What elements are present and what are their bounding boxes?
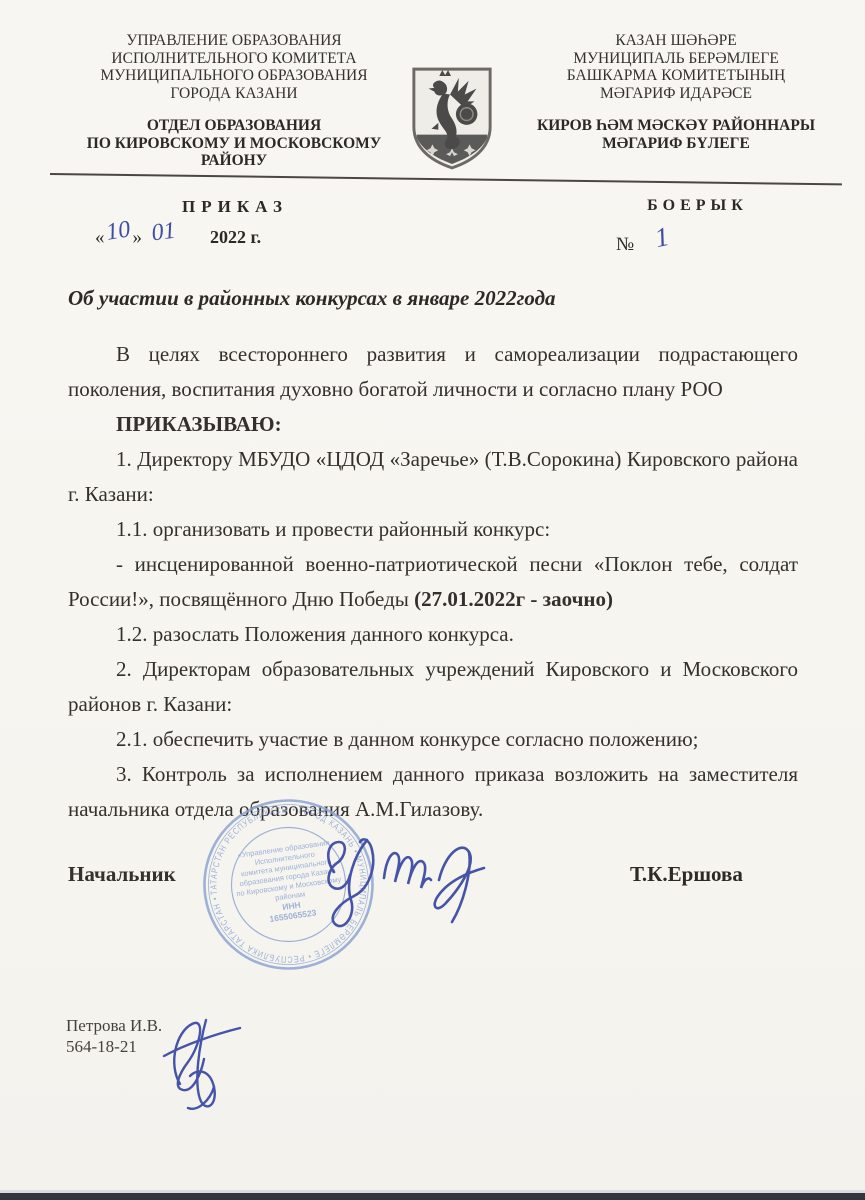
org-line: УПРАВЛЕНИЕ ОБРАЗОВАНИЯ: [58, 32, 410, 50]
order-date: « 10 » 01 2022 г.: [95, 224, 261, 249]
order-year: 2022 г.: [210, 227, 261, 248]
quote-close: »: [133, 227, 143, 249]
order-title-russian: ПРИКАЗ: [110, 197, 360, 217]
body-paragraph: В целях всестороннего развития и самореа…: [68, 337, 798, 407]
body-paragraph: 1.1. организовать и провести районный ко…: [68, 512, 798, 547]
scanned-order-document: УПРАВЛЕНИЕ ОБРАЗОВАНИЯ ИСПОЛНИТЕЛЬНОГО К…: [0, 0, 865, 1200]
org-line: БАШКАРМА КОМИТЕТЫНЫҢ: [500, 67, 852, 85]
kazan-coat-of-arms-icon: [408, 64, 496, 172]
quote-open: «: [95, 227, 105, 249]
org-line: ГОРОДА КАЗАНИ: [58, 85, 410, 103]
org-line: МУНИЦИПАЛЬНОГО ОБРАЗОВАНИЯ: [58, 67, 410, 85]
body-paragraph: 2.1. обеспечить участие в данном конкурс…: [68, 722, 798, 757]
signer-title: Начальник: [68, 862, 176, 887]
org-line: МУНИЦИПАЛЬ БЕРӘМЛЕГЕ: [500, 50, 852, 68]
order-number: № 1: [616, 228, 670, 256]
signer-name: Т.К.Ершова: [630, 862, 743, 887]
handwritten-day: 10: [104, 217, 131, 244]
number-sign: №: [616, 234, 634, 256]
org-line: КАЗАН ШӘҺӘРЕ: [500, 32, 852, 50]
body-paragraph: - инсценированной военно-патриотической …: [68, 547, 798, 617]
header-org-russian: УПРАВЛЕНИЕ ОБРАЗОВАНИЯ ИСПОЛНИТЕЛЬНОГО К…: [58, 32, 410, 170]
dept-name-tatar: КИРОВ ҺӘМ МӘСКӘҮ РАЙОННАРЫ МӘГАРИФ БҮЛЕГ…: [500, 117, 852, 152]
org-line: МӘГАРИФ ИДАРӘСЕ: [500, 85, 852, 103]
ershova-signature: [312, 810, 497, 955]
handwritten-month: 01: [150, 219, 177, 246]
handwritten-number: 1: [653, 223, 672, 252]
header-divider: [50, 173, 842, 185]
body-paragraph-prikazyvayu: ПРИКАЗЫВАЮ:: [68, 407, 798, 442]
org-line: ИСПОЛНИТЕЛЬНОГО КОМИТЕТА: [58, 50, 410, 68]
header-org-tatar: КАЗАН ШӘҺӘРЕ МУНИЦИПАЛЬ БЕРӘМЛЕГЕ БАШКАР…: [500, 32, 852, 152]
body-paragraph: 1. Директору МБУДО «ЦДОД «Заречье» (Т.В.…: [68, 442, 798, 512]
executor-signature: [146, 1004, 261, 1124]
body-paragraph: 1.2. разослать Положения данного конкурс…: [68, 617, 798, 652]
order-body: В целях всестороннего развития и самореа…: [68, 337, 798, 827]
dept-name-russian: ОТДЕЛ ОБРАЗОВАНИЯ ПО КИРОВСКОМУ И МОСКОВ…: [58, 117, 410, 170]
order-title-tatar: БОЕРЫК: [590, 197, 805, 215]
scan-edge-shadow: [0, 1193, 865, 1200]
order-subject: Об участии в районных конкурсах в январе…: [68, 286, 798, 311]
stamp-inn-number: 1655065523: [269, 907, 317, 924]
body-paragraph: 2. Директорам образовательных учреждений…: [68, 652, 798, 722]
